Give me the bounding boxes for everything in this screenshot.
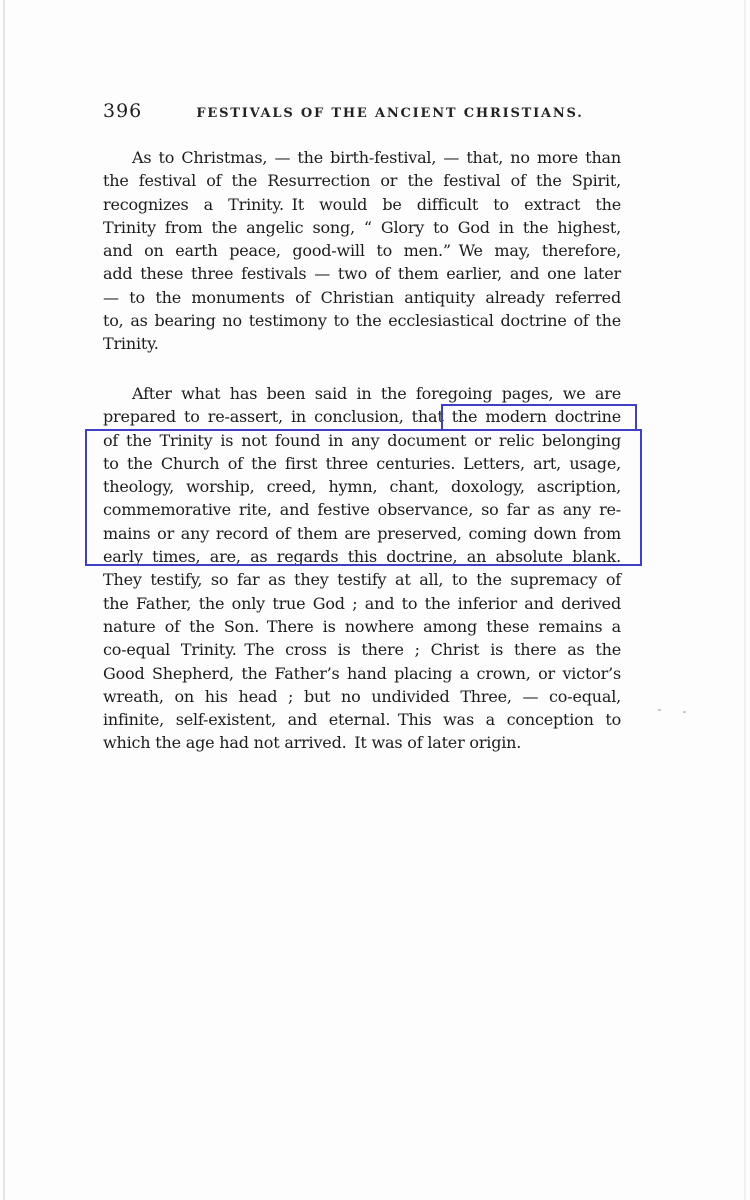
text-line: After what has been said in the foregoin…: [103, 382, 621, 405]
book-page: 396 FESTIVALS OF THE ANCIENT CHRISTIANS.…: [0, 0, 750, 1200]
paragraph-1: As to Christmas, — the birth-festival, —…: [103, 146, 621, 356]
scan-edge-left: [3, 0, 5, 1200]
text-line: — to the monuments of Christian antiquit…: [103, 286, 621, 309]
annotation-highlight-box-main: [85, 429, 642, 566]
text-line: Trinity from the angelic song, “ Glory t…: [103, 216, 621, 239]
text-line: and on earth peace, good-will to men.” W…: [103, 239, 621, 262]
scan-speck: [658, 709, 661, 711]
scan-speck: [683, 711, 686, 713]
text-line: They testify, so far as they testify at …: [103, 568, 621, 591]
text-line: the festival of the Resurrection or the …: [103, 169, 621, 192]
text-line: nature of the Son. There is nowhere amon…: [103, 615, 621, 638]
text-line: which the age had not arrived. It was of…: [103, 731, 621, 754]
text-line: infinite, self-existent, and eternal. Th…: [103, 708, 621, 731]
text-line: Trinity.: [103, 332, 621, 355]
annotation-highlight-box-top: [441, 404, 637, 431]
text-line: Good Shepherd, the Father’s hand placing…: [103, 662, 621, 685]
text-line: recognizes a Trinity. It would be diffic…: [103, 193, 621, 216]
text-line: to, as bearing no testimony to the eccle…: [103, 309, 621, 332]
text-line: wreath, on his head ; but no undivided T…: [103, 685, 621, 708]
text-line: co-equal Trinity. The cross is there ; C…: [103, 638, 621, 661]
scan-edge-right: [744, 0, 746, 1200]
page-number: 396: [103, 100, 142, 122]
text-line: the Father, the only true God ; and to t…: [103, 592, 621, 615]
running-header: FESTIVALS OF THE ANCIENT CHRISTIANS.: [180, 106, 600, 121]
text-line: As to Christmas, — the birth-festival, —…: [103, 146, 621, 169]
text-line: add these three festivals — two of them …: [103, 262, 621, 285]
